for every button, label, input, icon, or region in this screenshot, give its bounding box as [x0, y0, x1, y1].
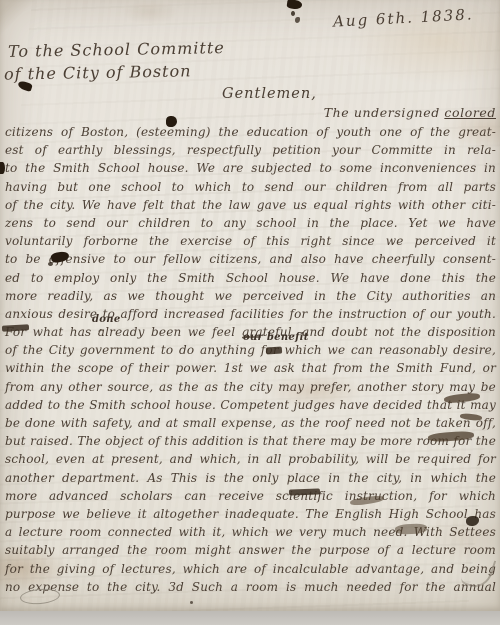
ink-speck-3	[48, 262, 53, 266]
letter-line-24: suitably arranged the room might answer …	[5, 541, 496, 559]
letter-line-5: of the city. We have felt that the law g…	[5, 196, 496, 214]
opening-line: The undersigned colored	[324, 105, 496, 120]
ink-speck-1	[291, 11, 295, 16]
insertion-caret-1: ^	[97, 329, 105, 339]
letter-line-6: zens to send our children to any school …	[5, 214, 496, 232]
letter-line-3: to the Smith School house. We are subjec…	[5, 159, 496, 177]
letter-line-13: of the City government to do anything fo…	[5, 341, 496, 359]
letter-line-18: but raised. The object of this addition …	[5, 432, 496, 450]
strikethrough-insertion-our	[243, 336, 261, 338]
pen-dot	[190, 601, 193, 604]
opening-line-underlined-word: colored	[444, 105, 496, 120]
letter-line-26: no expense to the city. 3d Such a room i…	[5, 578, 496, 596]
letter-line-7: voluntarily forborne the exercise of thi…	[5, 232, 496, 250]
letter-line-11: anxious desire to afford increased facil…	[5, 305, 496, 323]
addressee-line-2: of the City of Boston	[4, 61, 192, 83]
letter-line-25: for the giving of lectures, which are of…	[5, 560, 496, 578]
salutation: Gentlemen,	[222, 86, 317, 102]
letter-line-17: be done with safety, and at small expens…	[5, 414, 496, 432]
opening-line-pre: The undersigned	[324, 105, 445, 120]
letter-line-10: more readily, as we thought we perceived…	[5, 287, 496, 305]
letter-line-2: est of earthly blessings, respectfully p…	[5, 141, 496, 159]
scanned-letter-page: Aug 6th. 1838. To the School Committe of…	[0, 0, 500, 625]
letter-line-9: ed to employ only the Smith School house…	[5, 269, 496, 287]
letter-line-16: added to the Smith school house. Compete…	[5, 396, 496, 414]
ink-mark-left-edge	[0, 162, 5, 174]
letter-line-1: citizens of Boston, (esteeming) the educ…	[5, 123, 496, 141]
scanner-backing	[0, 611, 500, 625]
letter-line-20: another department. As This is the only …	[5, 469, 496, 487]
letter-line-19: school, even at present, and which, in a…	[5, 450, 496, 468]
strikethrough-word-free	[289, 488, 320, 495]
letter-line-4: having but one school to which to send o…	[5, 178, 496, 196]
inserted-word-done: done	[92, 314, 121, 325]
strikethrough-replaced-word	[266, 346, 282, 354]
addressee-line-1: To the School Committe	[8, 38, 225, 61]
letter-line-21: more advanced scholars can receive scien…	[5, 487, 496, 505]
letter-line-8: to be offensive to our fellow citizens, …	[5, 250, 496, 268]
letter-line-14: within the scope of their power. 1st we …	[5, 359, 496, 377]
letter-line-15: from any other source, as the as the cit…	[5, 378, 496, 396]
letter-line-22: purpose we believe it altogether inadequ…	[5, 505, 496, 523]
